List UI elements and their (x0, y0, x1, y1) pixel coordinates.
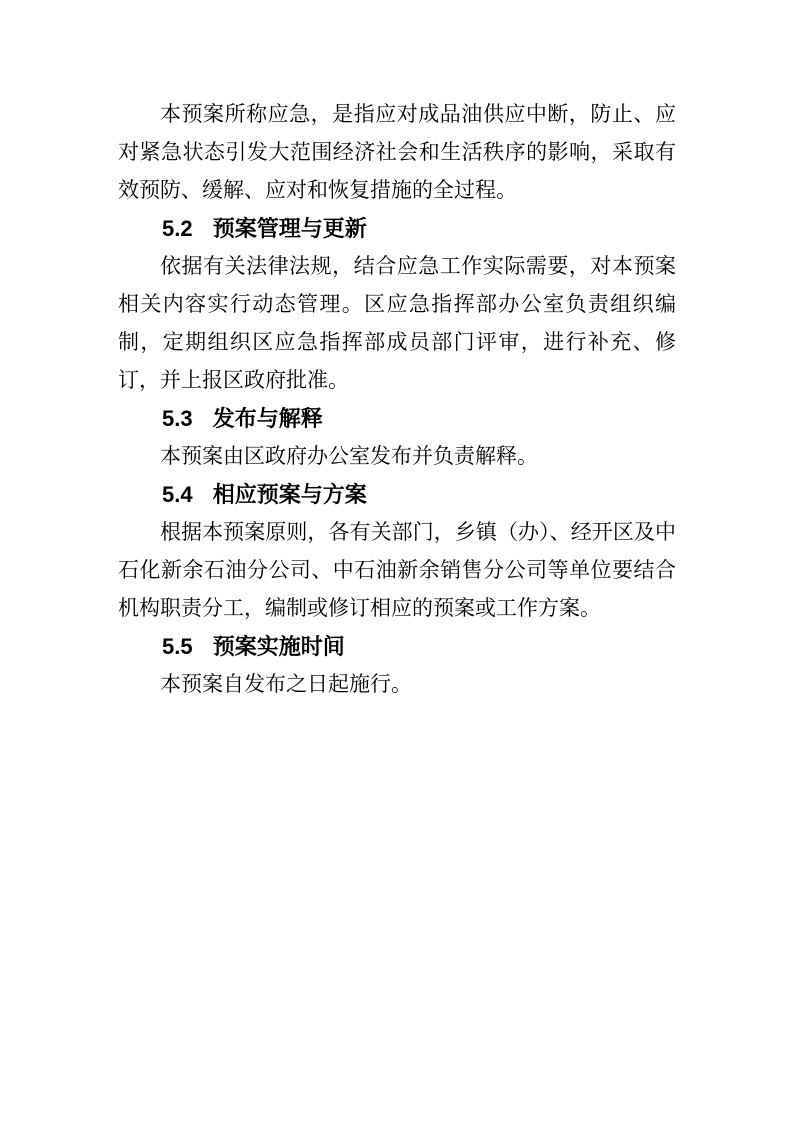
document-content: 本预案所称应急，是指应对成品油供应中断，防止、应对紧急状态引发大范围经济社会和生… (118, 96, 676, 704)
section-number: 5.4 (162, 476, 193, 514)
document-page: 本预案所称应急，是指应对成品油供应中断，防止、应对紧急状态引发大范围经济社会和生… (0, 0, 793, 1122)
section-heading-5-4: 5.4 相应预案与方案 (118, 476, 676, 514)
section-number: 5.3 (162, 400, 193, 438)
section-heading-5-3: 5.3 发布与解释 (118, 400, 676, 438)
paragraph-related-plans: 根据本预案原则，各有关部门，乡镇（办）、经开区及中石化新余石油分公司、中石油新余… (118, 514, 676, 628)
section-title: 发布与解释 (213, 400, 323, 438)
paragraph-plan-management: 依据有关法律法规，结合应急工作实际需要，对本预案相关内容实行动态管理。区应急指挥… (118, 248, 676, 400)
section-number: 5.2 (162, 210, 193, 248)
section-heading-5-2: 5.2 预案管理与更新 (118, 210, 676, 248)
section-number: 5.5 (162, 628, 193, 666)
section-title: 预案实施时间 (213, 628, 345, 666)
section-title: 相应预案与方案 (213, 476, 367, 514)
paragraph-publication: 本预案由区政府办公室发布并负责解释。 (118, 438, 676, 476)
paragraph-applicability: 本预案所称应急，是指应对成品油供应中断，防止、应对紧急状态引发大范围经济社会和生… (118, 96, 676, 210)
section-title: 预案管理与更新 (213, 210, 367, 248)
section-heading-5-5: 5.5 预案实施时间 (118, 628, 676, 666)
paragraph-effective-date: 本预案自发布之日起施行。 (118, 666, 676, 704)
